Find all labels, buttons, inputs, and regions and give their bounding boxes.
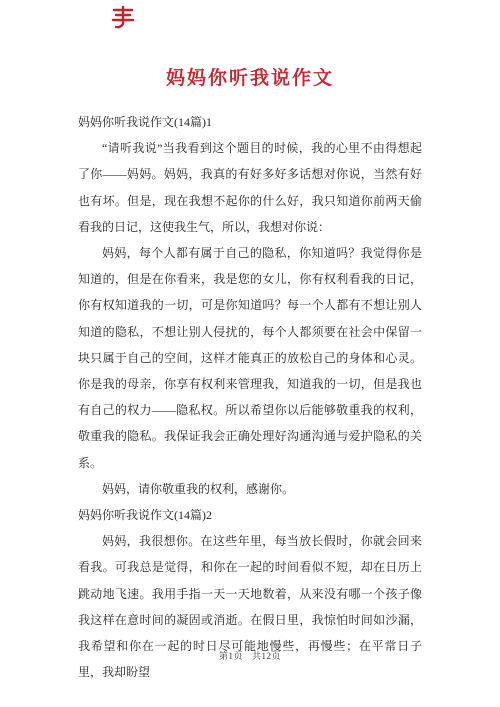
page-number-current: 第1页 <box>219 651 243 661</box>
section-heading: 妈妈你听我说作文(14篇)2 <box>78 502 422 528</box>
red-stamp-icon <box>110 4 136 30</box>
page-footer: 第1页共12页 <box>0 649 500 662</box>
body-paragraph: 妈妈，请你敬重我的权利，感谢你。 <box>78 476 422 502</box>
body-paragraph: 妈妈，每个人都有属于自己的隐私，你知道吗？我觉得你是知道的，但是在你看来，我是您… <box>78 240 422 476</box>
page-number-total: 共12页 <box>252 651 281 661</box>
document-body: 妈妈你听我说作文(14篇)1“请听我说”当我看到这个题目的时候，我的心里不由得想… <box>78 109 422 685</box>
body-paragraph: “请听我说”当我看到这个题目的时候，我的心里不由得想起了你——妈妈。妈妈，我真的… <box>78 135 422 240</box>
document-page: 妈妈你听我说作文 妈妈你听我说作文(14篇)1“请听我说”当我看到这个题目的时候… <box>0 0 500 707</box>
section-heading: 妈妈你听我说作文(14篇)1 <box>78 109 422 135</box>
document-title: 妈妈你听我说作文 <box>0 64 500 94</box>
